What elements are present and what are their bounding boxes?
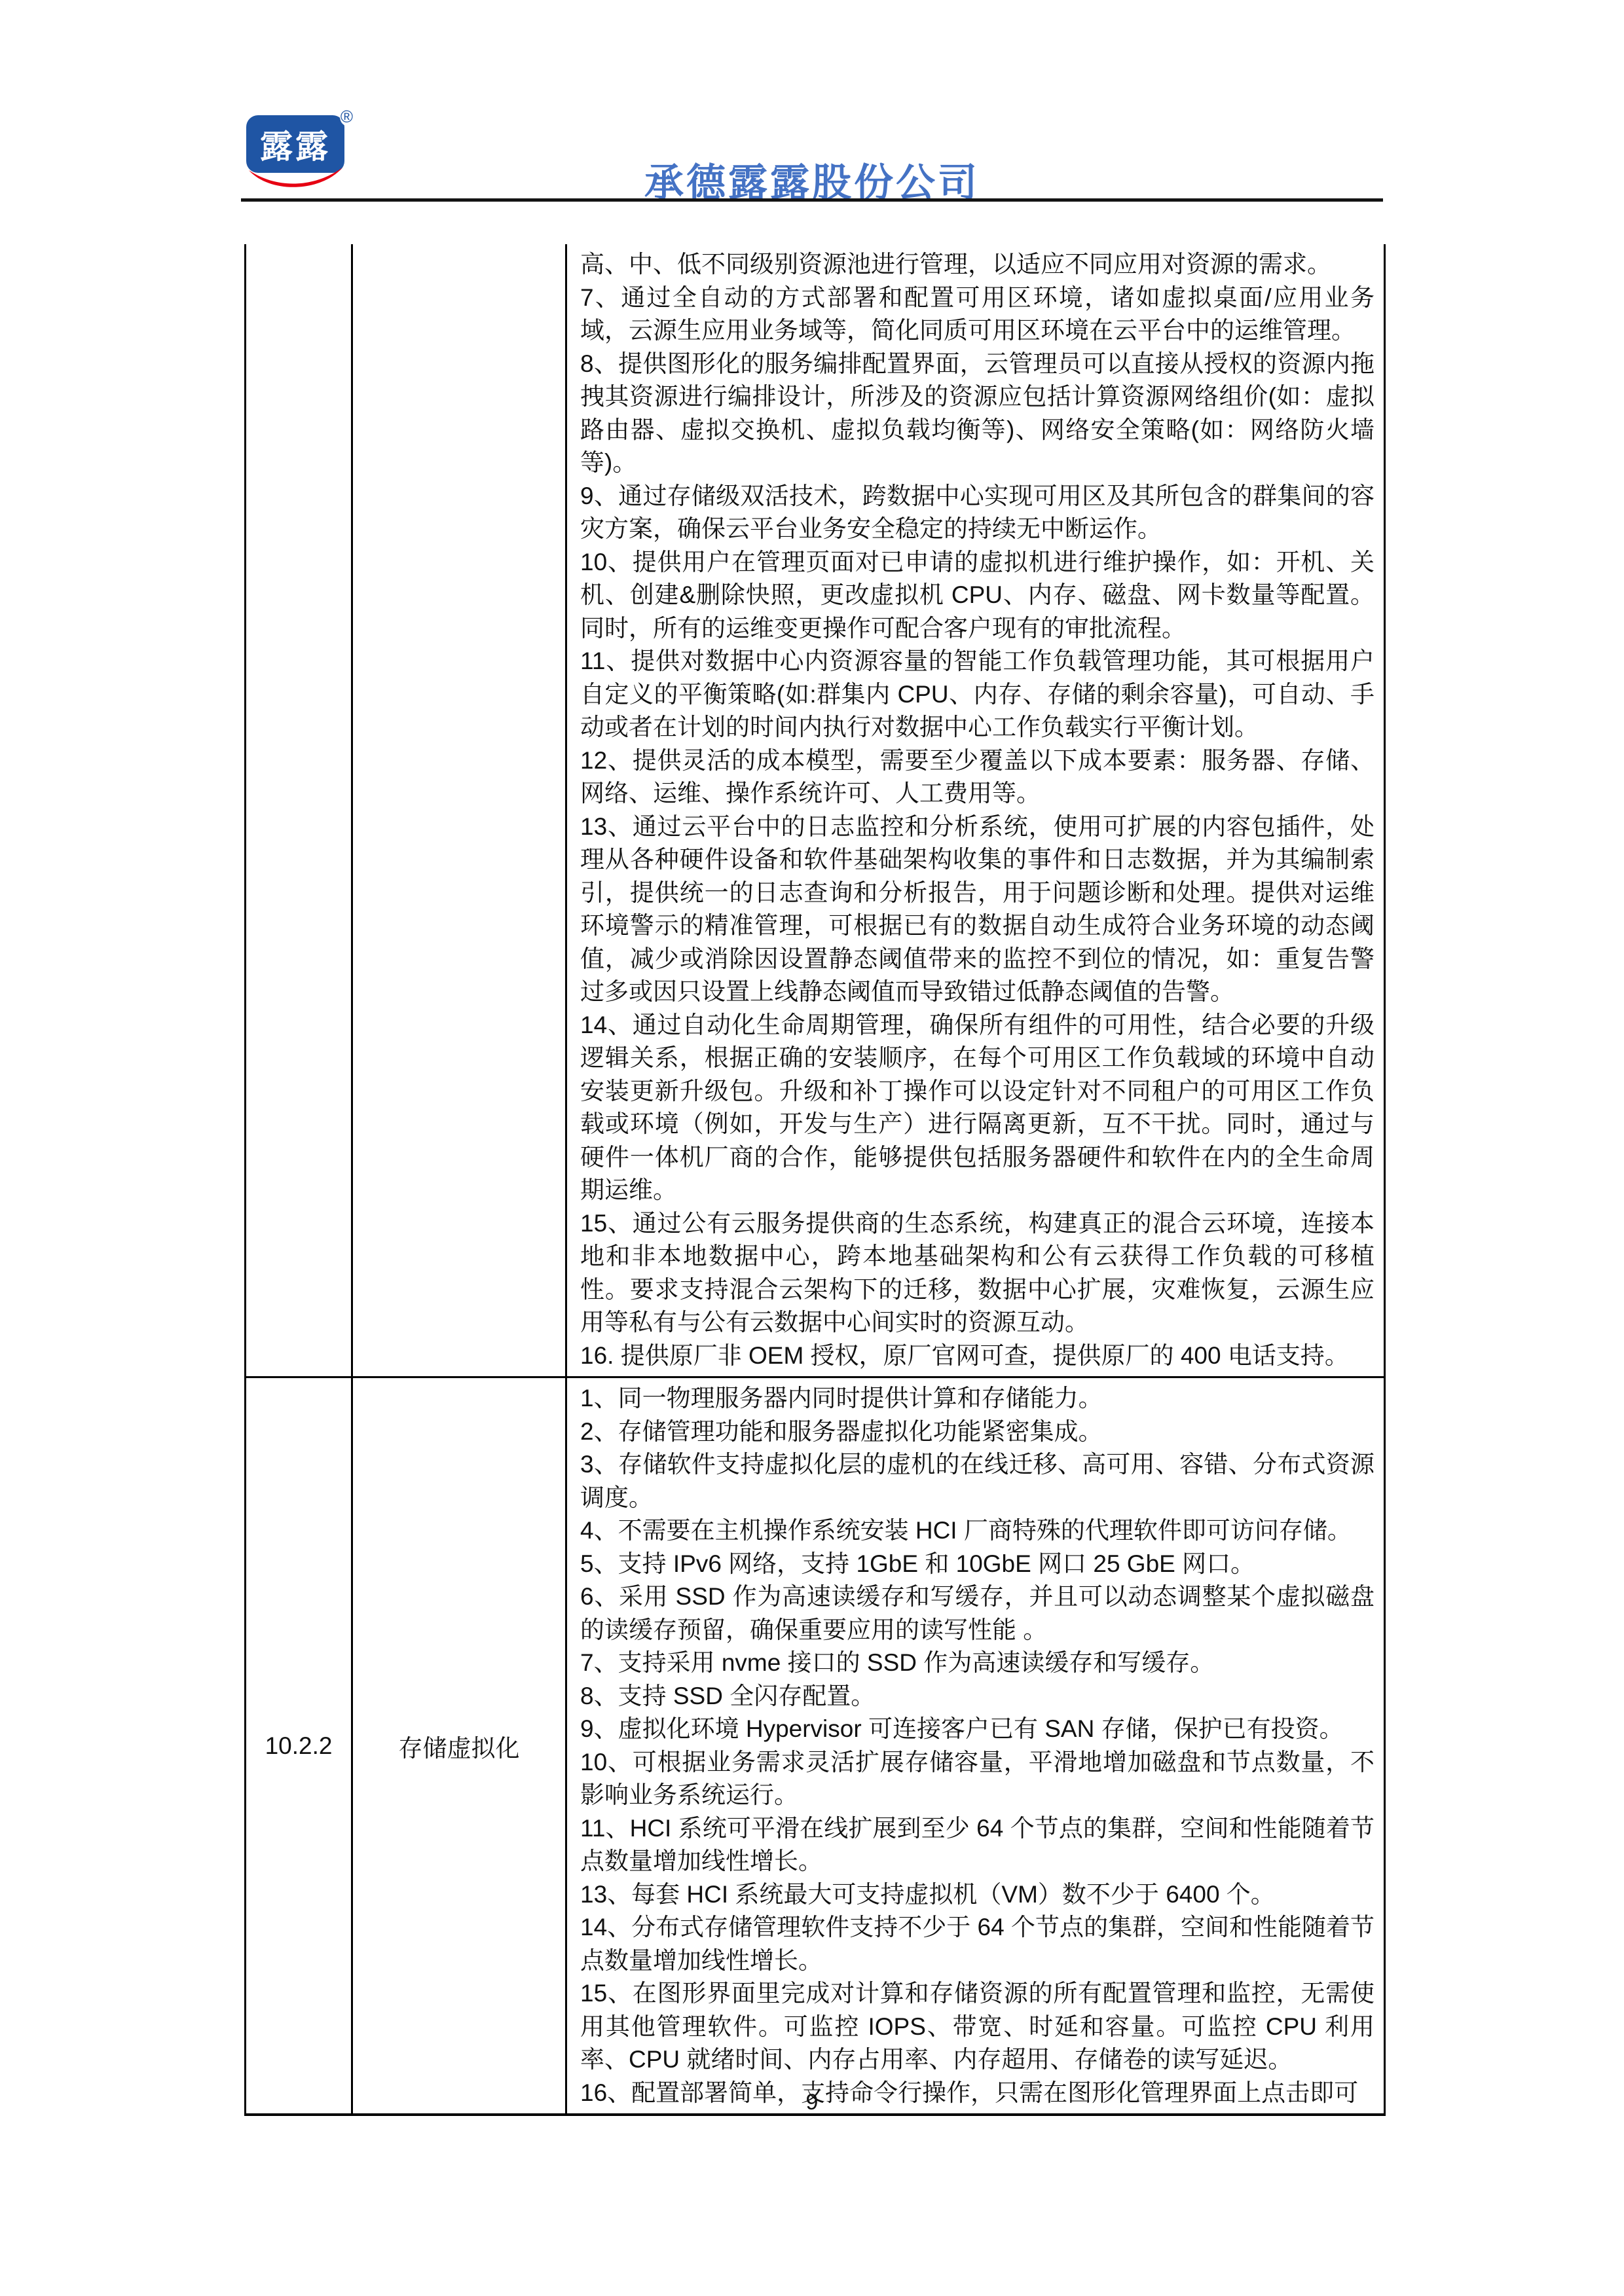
- requirement-item: 7、通过全自动的方式部署和配置可用区环境，诸如虚拟桌面/应用业务域，云源生应用业…: [580, 282, 1375, 348]
- row-content-cell: 高、中、低不同级别资源池进行管理，以适应不同应用对资源的需求。7、通过全自动的方…: [566, 244, 1385, 1377]
- requirement-item: 8、支持 SSD 全闪存配置。: [580, 1680, 1375, 1713]
- page-number: 9: [0, 2090, 1624, 2115]
- header-divider: [241, 198, 1383, 202]
- requirement-item: 11、提供对数据中心内资源容量的智能工作负载管理功能，其可根据用户自定义的平衡策…: [580, 645, 1375, 744]
- requirement-item: 6、采用 SSD 作为高速读缓存和写缓存，并且可以动态调整某个虚拟磁盘的读缓存预…: [580, 1580, 1375, 1647]
- row-id-cell: 10.2.2: [246, 1377, 352, 2115]
- requirement-item: 12、提供灵活的成本模型，需要至少覆盖以下成本要素：服务器、存储、网络、运维、操…: [580, 744, 1375, 811]
- requirement-item: 10、提供用户在管理页面对已申请的虚拟机进行维护操作，如：开机、关机、创建&删除…: [580, 546, 1375, 646]
- requirement-item: 4、不需要在主机操作系统安装 HCI 厂商特殊的代理软件即可访问存储。: [580, 1514, 1375, 1548]
- requirement-item: 3、存储软件支持虚拟化层的虚机的在线迁移、高可用、容错、分布式资源调度。: [580, 1448, 1375, 1514]
- requirements-table: 高、中、低不同级别资源池进行管理，以适应不同应用对资源的需求。7、通过全自动的方…: [244, 244, 1386, 2116]
- requirement-item: 15、在图形界面里完成对计算和存储资源的所有配置管理和监控，无需使用其他管理软件…: [580, 1977, 1375, 2077]
- table-row-storage-virtualization: 10.2.2 存储虚拟化 1、同一物理服务器内同时提供计算和存储能力。2、存储管…: [246, 1377, 1385, 2115]
- requirement-item: 10、可根据业务需求灵活扩展存储容量，平滑地增加磁盘和节点数量，不影响业务系统运…: [580, 1746, 1375, 1812]
- requirement-item: 15、通过公有云服务提供商的生态系统，构建真正的混合云环境，连接本地和非本地数据…: [580, 1207, 1375, 1339]
- requirement-item: 高、中、低不同级别资源池进行管理，以适应不同应用对资源的需求。: [580, 248, 1375, 282]
- row-content-cell: 1、同一物理服务器内同时提供计算和存储能力。2、存储管理功能和服务器虚拟化功能紧…: [566, 1377, 1385, 2115]
- requirement-item: 8、提供图形化的服务编排配置界面，云管理员可以直接从授权的资源内拖拽其资源进行编…: [580, 348, 1375, 480]
- requirement-item: 7、支持采用 nvme 接口的 SSD 作为高速读缓存和写缓存。: [580, 1647, 1375, 1680]
- row-name-cell: [352, 244, 566, 1377]
- requirement-item: 11、HCI 系统可平滑在线扩展到至少 64 个节点的集群，空间和性能随着节点数…: [580, 1812, 1375, 1878]
- requirement-item: 14、通过自动化生命周期管理，确保所有组件的可用性，结合必要的升级逻辑关系，根据…: [580, 1009, 1375, 1207]
- registered-trademark-icon: ®: [340, 107, 354, 126]
- requirement-item: 16. 提供原厂非 OEM 授权，原厂官网可查，提供原厂的 400 电话支持。: [580, 1339, 1375, 1373]
- requirement-item: 5、支持 IPv6 网络，支持 1GbE 和 10GbE 网口 25 GbE 网…: [580, 1548, 1375, 1581]
- requirement-item: 14、分布式存储管理软件支持不少于 64 个节点的集群，空间和性能随着节点数量增…: [580, 1911, 1375, 1977]
- document-page: 露露 ® 承德露露股份公司 高、中、低不同级别资源池进行管理，以适应不同应用对资…: [0, 0, 1624, 2296]
- requirement-item: 9、通过存储级双活技术，跨数据中心实现可用区及其所包含的群集间的容灾方案，确保云…: [580, 480, 1375, 546]
- requirement-item: 2、存储管理功能和服务器虚拟化功能紧密集成。: [580, 1415, 1375, 1449]
- row-name-cell: 存储虚拟化: [352, 1377, 566, 2115]
- requirement-item: 13、每套 HCI 系统最大可支持虚拟机（VM）数不少于 6400 个。: [580, 1878, 1375, 1912]
- row-id-cell: [246, 244, 352, 1377]
- requirement-item: 1、同一物理服务器内同时提供计算和存储能力。: [580, 1382, 1375, 1415]
- requirement-item: 9、虚拟化环境 Hypervisor 可连接客户已有 SAN 存储，保护已有投资…: [580, 1713, 1375, 1746]
- table-row-continuation: 高、中、低不同级别资源池进行管理，以适应不同应用对资源的需求。7、通过全自动的方…: [246, 244, 1385, 1377]
- requirement-item: 13、通过云平台中的日志监控和分析系统，使用可扩展的内容包插件，处理从各种硬件设…: [580, 811, 1375, 1009]
